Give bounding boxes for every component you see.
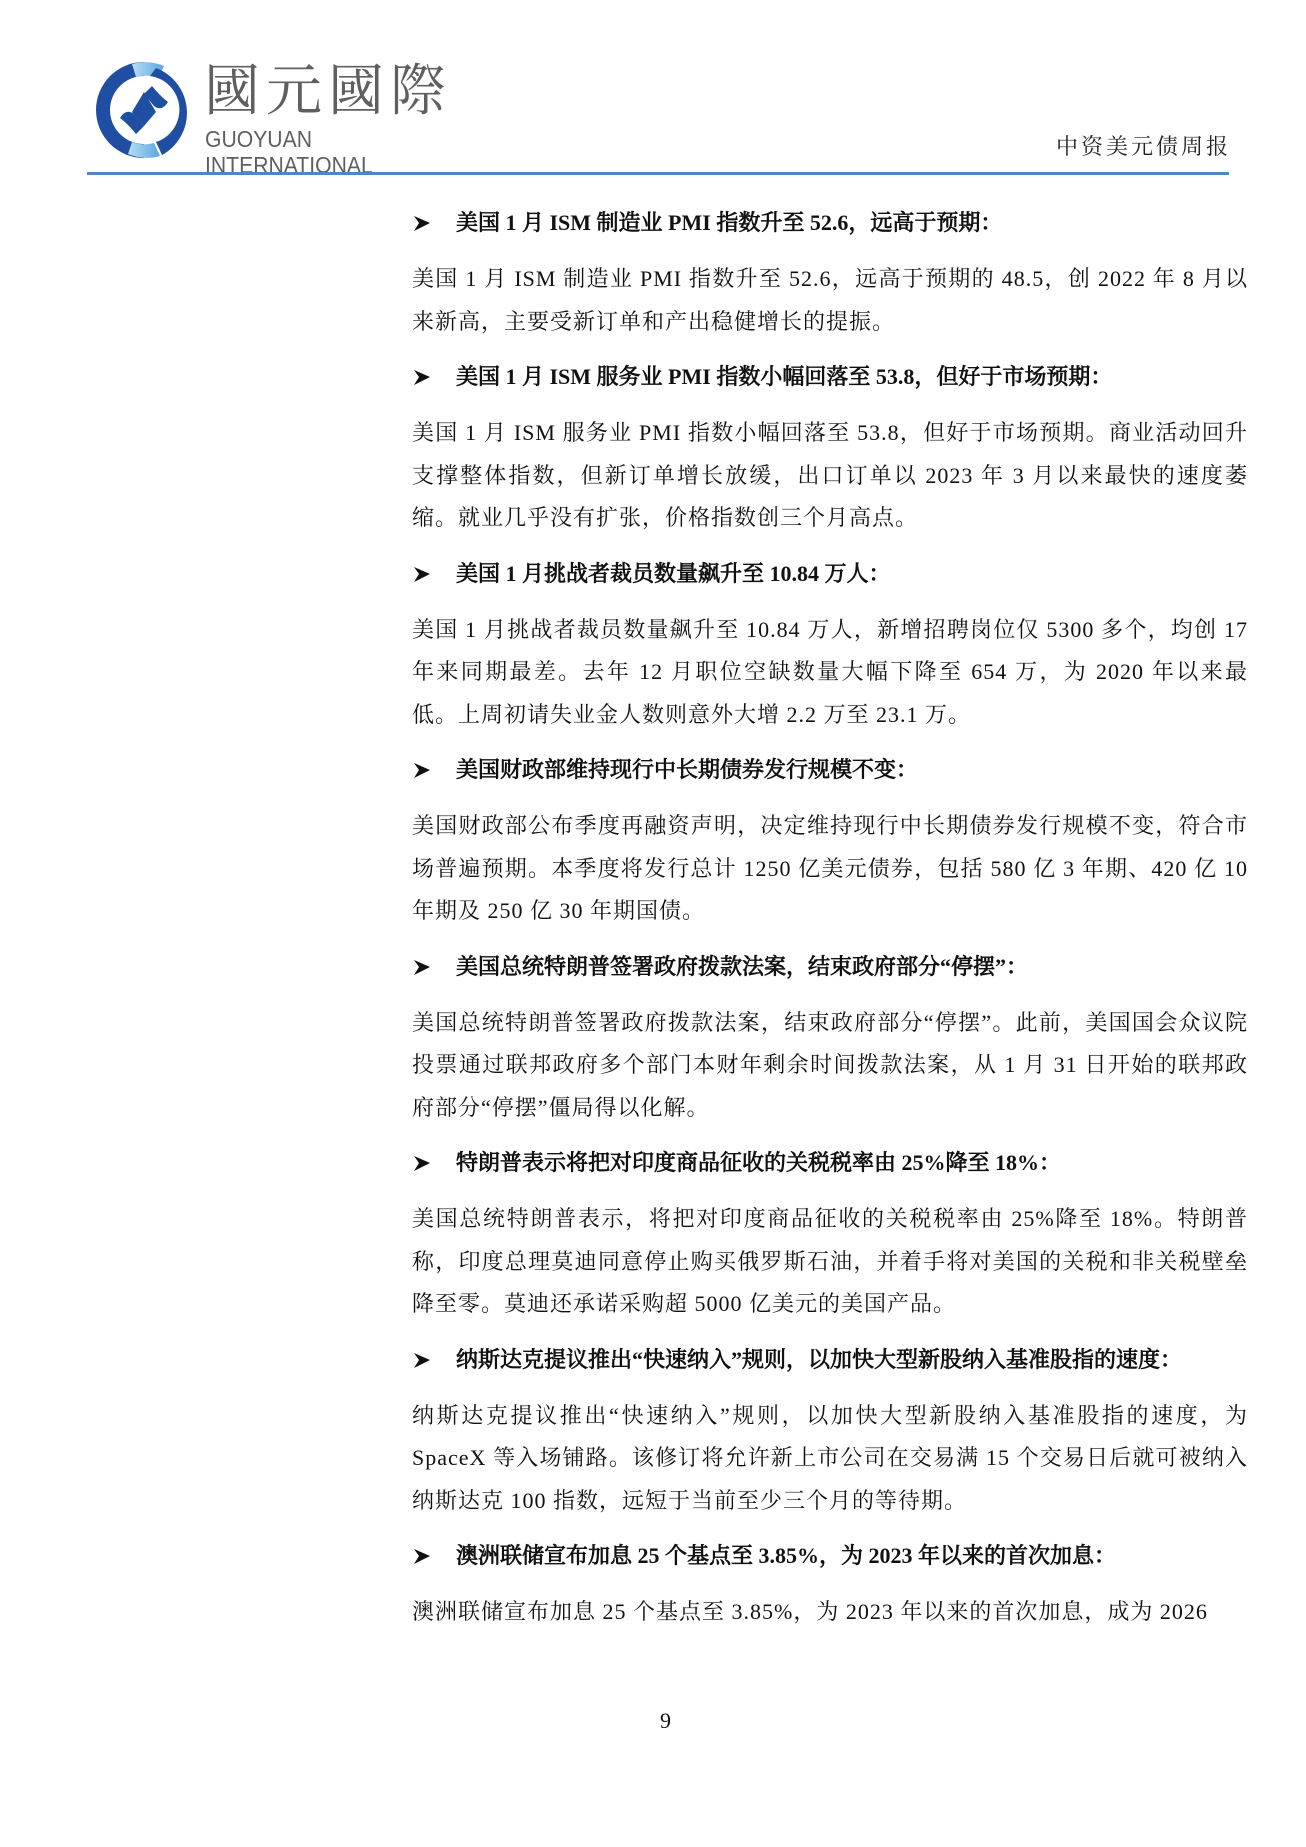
section-heading: 纳斯达克提议推出“快速纳入”规则，以加快大型新股纳入基准股指的速度： bbox=[412, 1337, 1248, 1383]
section-heading: 特朗普表示将把对印度商品征收的关税税率由 25%降至 18%： bbox=[412, 1140, 1248, 1186]
section-heading-text: 美国 1 月挑战者裁员数量飙升至 10.84 万人： bbox=[456, 551, 891, 597]
report-title: 中资美元债周报 bbox=[1056, 130, 1231, 161]
arrow-bullet-icon bbox=[412, 747, 436, 809]
arrow-bullet-icon bbox=[412, 354, 436, 416]
section-heading-text: 美国总统特朗普签署政府拨款法案，结束政府部分“停摆”： bbox=[456, 944, 1028, 990]
news-section: 美国 1 月 ISM 服务业 PMI 指数小幅回落至 53.8，但好于市场预期：… bbox=[412, 354, 1248, 540]
section-heading-text: 澳洲联储宣布加息 25 个基点至 3.85%，为 2023 年以来的首次加息： bbox=[456, 1533, 1116, 1579]
news-section: 美国总统特朗普签署政府拨款法案，结束政府部分“停摆”： 美国总统特朗普签署政府拨… bbox=[412, 944, 1248, 1130]
section-heading: 澳洲联储宣布加息 25 个基点至 3.85%，为 2023 年以来的首次加息： bbox=[412, 1533, 1248, 1579]
arrow-bullet-icon bbox=[412, 200, 436, 262]
section-paragraph: 美国财政部公布季度再融资声明，决定维持现行中长期债券发行规模不变，符合市场普遍预… bbox=[412, 805, 1248, 933]
company-name-en: GUOYUAN INTERNATIONAL bbox=[205, 126, 469, 178]
arrow-bullet-icon bbox=[412, 1533, 436, 1595]
document-body: 美国 1 月 ISM 制造业 PMI 指数升至 52.6，远高于预期： 美国 1… bbox=[412, 200, 1248, 1645]
section-heading-text: 纳斯达克提议推出“快速纳入”规则，以加快大型新股纳入基准股指的速度： bbox=[456, 1337, 1182, 1383]
section-paragraph: 澳洲联储宣布加息 25 个基点至 3.85%，为 2023 年以来的首次加息，成… bbox=[412, 1591, 1248, 1634]
news-section: 澳洲联储宣布加息 25 个基点至 3.85%，为 2023 年以来的首次加息： … bbox=[412, 1533, 1248, 1634]
section-heading-text: 美国 1 月 ISM 制造业 PMI 指数升至 52.6，远高于预期： bbox=[456, 200, 1002, 246]
section-paragraph: 美国 1 月挑战者裁员数量飙升至 10.84 万人，新增招聘岗位仅 5300 多… bbox=[412, 609, 1248, 737]
section-heading: 美国财政部维持现行中长期债券发行规模不变： bbox=[412, 747, 1248, 793]
section-heading-text: 美国 1 月 ISM 服务业 PMI 指数小幅回落至 53.8，但好于市场预期： bbox=[456, 354, 1112, 400]
company-logo: 國元國際 GUOYUAN INTERNATIONAL bbox=[92, 58, 492, 162]
section-heading-text: 美国财政部维持现行中长期债券发行规模不变： bbox=[456, 747, 918, 793]
news-section: 美国 1 月 ISM 制造业 PMI 指数升至 52.6，远高于预期： 美国 1… bbox=[412, 200, 1248, 343]
section-heading-text: 特朗普表示将把对印度商品征收的关税税率由 25%降至 18%： bbox=[456, 1140, 1061, 1186]
arrow-bullet-icon bbox=[412, 551, 436, 613]
guoyuan-logo-icon bbox=[92, 58, 196, 162]
header-divider bbox=[87, 172, 1229, 175]
section-heading: 美国 1 月 ISM 制造业 PMI 指数升至 52.6，远高于预期： bbox=[412, 200, 1248, 246]
arrow-bullet-icon bbox=[412, 1337, 436, 1399]
news-section: 美国财政部维持现行中长期债券发行规模不变： 美国财政部公布季度再融资声明，决定维… bbox=[412, 747, 1248, 933]
section-paragraph: 美国总统特朗普签署政府拨款法案，结束政府部分“停摆”。此前，美国国会众议院投票通… bbox=[412, 1002, 1248, 1130]
section-paragraph: 纳斯达克提议推出“快速纳入”规则，以加快大型新股纳入基准股指的速度，为 Spac… bbox=[412, 1395, 1248, 1523]
section-heading: 美国总统特朗普签署政府拨款法案，结束政府部分“停摆”： bbox=[412, 944, 1248, 990]
section-paragraph: 美国 1 月 ISM 服务业 PMI 指数小幅回落至 53.8，但好于市场预期。… bbox=[412, 412, 1248, 540]
arrow-bullet-icon bbox=[412, 1140, 436, 1202]
section-paragraph: 美国总统特朗普表示，将把对印度商品征收的关税税率由 25%降至 18%。特朗普称… bbox=[412, 1198, 1248, 1326]
page-number: 9 bbox=[660, 1708, 671, 1734]
news-section: 美国 1 月挑战者裁员数量飙升至 10.84 万人： 美国 1 月挑战者裁员数量… bbox=[412, 551, 1248, 737]
news-section: 特朗普表示将把对印度商品征收的关税税率由 25%降至 18%： 美国总统特朗普表… bbox=[412, 1140, 1248, 1326]
section-paragraph: 美国 1 月 ISM 制造业 PMI 指数升至 52.6，远高于预期的 48.5… bbox=[412, 258, 1248, 343]
company-name-cn: 國元國際 bbox=[204, 62, 452, 122]
section-heading: 美国 1 月 ISM 服务业 PMI 指数小幅回落至 53.8，但好于市场预期： bbox=[412, 354, 1248, 400]
section-heading: 美国 1 月挑战者裁员数量飙升至 10.84 万人： bbox=[412, 551, 1248, 597]
news-section: 纳斯达克提议推出“快速纳入”规则，以加快大型新股纳入基准股指的速度： 纳斯达克提… bbox=[412, 1337, 1248, 1523]
arrow-bullet-icon bbox=[412, 944, 436, 1006]
